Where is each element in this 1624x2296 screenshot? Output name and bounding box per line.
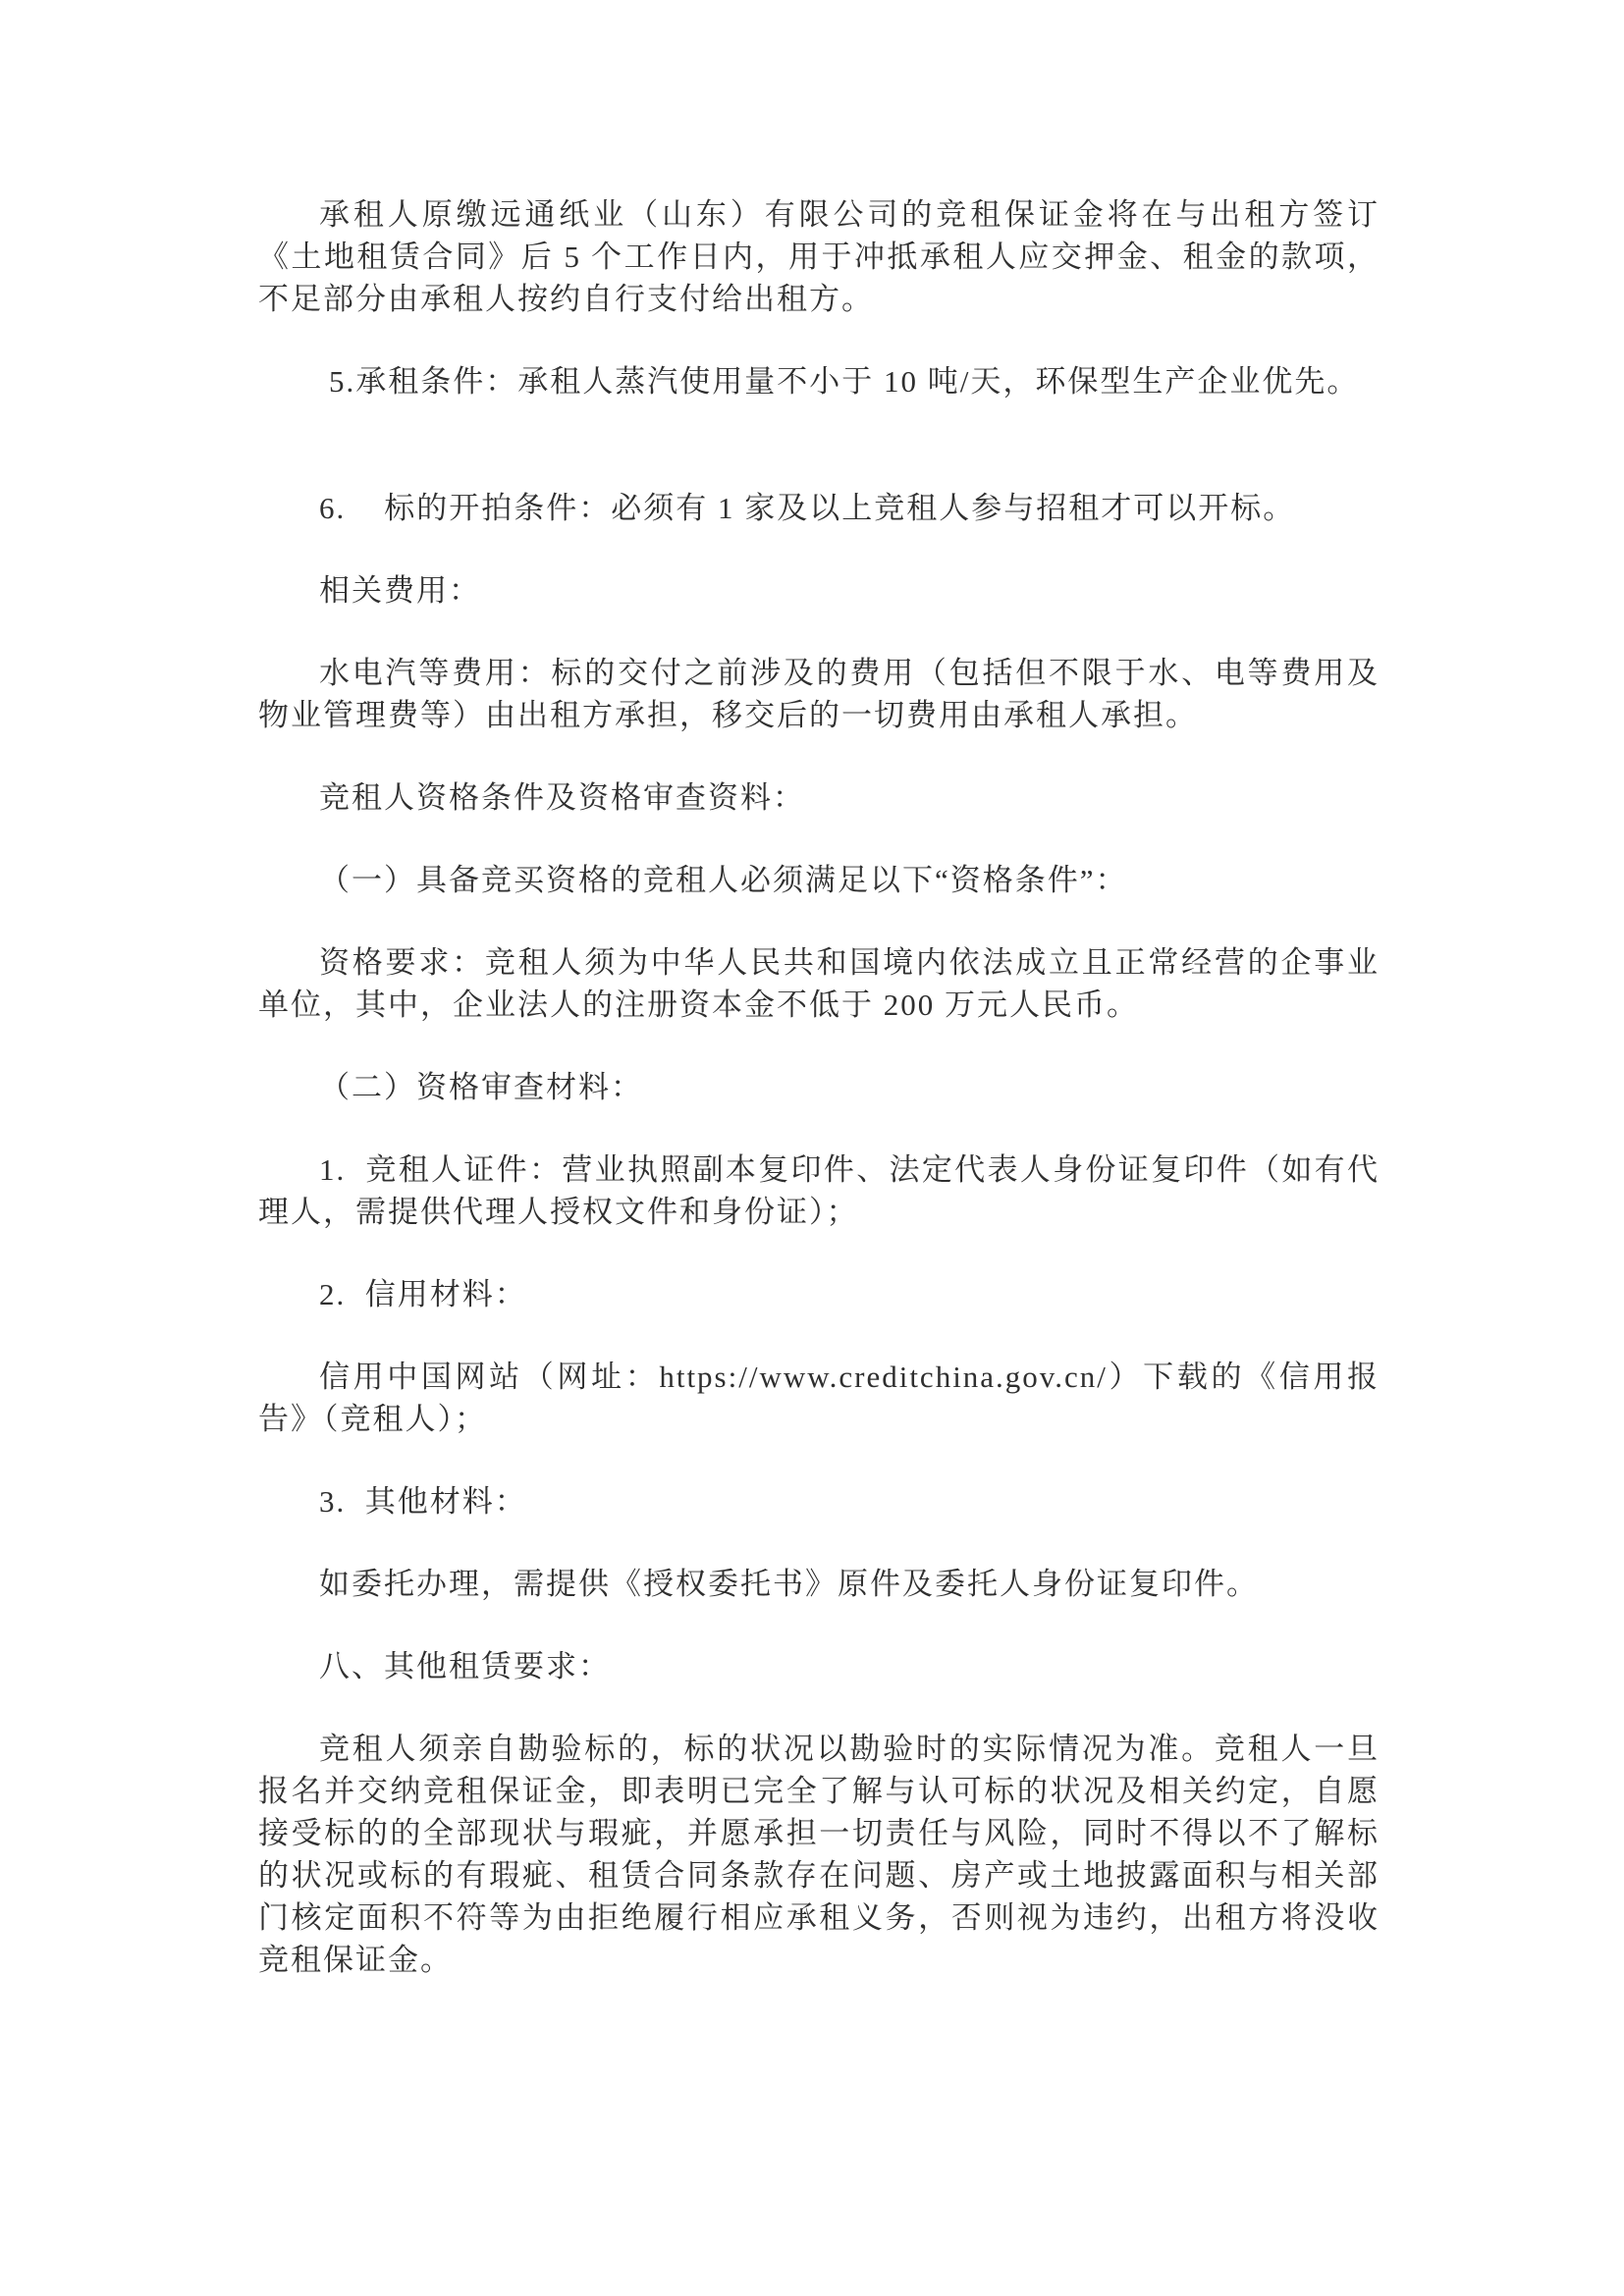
- heading-other-materials: 3. 其他材料：: [258, 1480, 1380, 1522]
- para-entrusted-handling: 如委托办理，需提供《授权委托书》原件及委托人身份证复印件。: [258, 1563, 1380, 1605]
- para-auction-open-condition-6: 6. 标的开拍条件：必须有 1 家及以上竞租人参与招租才可以开标。: [258, 487, 1380, 529]
- para-site-inspection-disclaimer: 竞租人须亲自勘验标的，标的状况以勘验时的实际情况为准。竞租人一旦报名并交纳竞租保…: [258, 1728, 1380, 1981]
- heading-credit-materials: 2. 信用材料：: [258, 1273, 1380, 1315]
- para-bidder-certificates: 1. 竞租人证件：营业执照副本复印件、法定代表人身份证复印件（如有代理人，需提供…: [258, 1148, 1380, 1233]
- para-utility-fees: 水电汽等费用：标的交付之前涉及的费用（包括但不限于水、电等费用及物业管理费等）由…: [258, 652, 1380, 736]
- heading-review-materials: （二）资格审查材料：: [258, 1066, 1380, 1108]
- heading-bidder-qualification: 竞租人资格条件及资格审查资料：: [258, 776, 1380, 819]
- para-deposit-transfer: 承租人原缴远通纸业（山东）有限公司的竞租保证金将在与出租方签订《土地租赁合同》后…: [258, 193, 1380, 320]
- para-credit-china-report: 信用中国网站（网址：https://www.creditchina.gov.cn…: [258, 1356, 1380, 1440]
- para-qualification-clause-1: （一）具备竞买资格的竞租人必须满足以下“资格条件”：: [258, 859, 1380, 901]
- para-lease-condition-5: 5.承租条件：承租人蒸汽使用量不小于 10 吨/天，环保型生产企业优先。: [258, 360, 1380, 402]
- para-qualification-requirement: 资格要求：竞租人须为中华人民共和国境内依法成立且正常经营的企事业单位，其中，企业…: [258, 941, 1380, 1026]
- scanned-document-page: 承租人原缴远通纸业（山东）有限公司的竞租保证金将在与出租方签订《土地租赁合同》后…: [0, 0, 1624, 2296]
- document-text-block: 承租人原缴远通纸业（山东）有限公司的竞租保证金将在与出租方签订《土地租赁合同》后…: [258, 193, 1380, 2021]
- heading-related-fees: 相关费用：: [258, 569, 1380, 612]
- heading-other-lease-requirements: 八、其他租赁要求：: [258, 1645, 1380, 1687]
